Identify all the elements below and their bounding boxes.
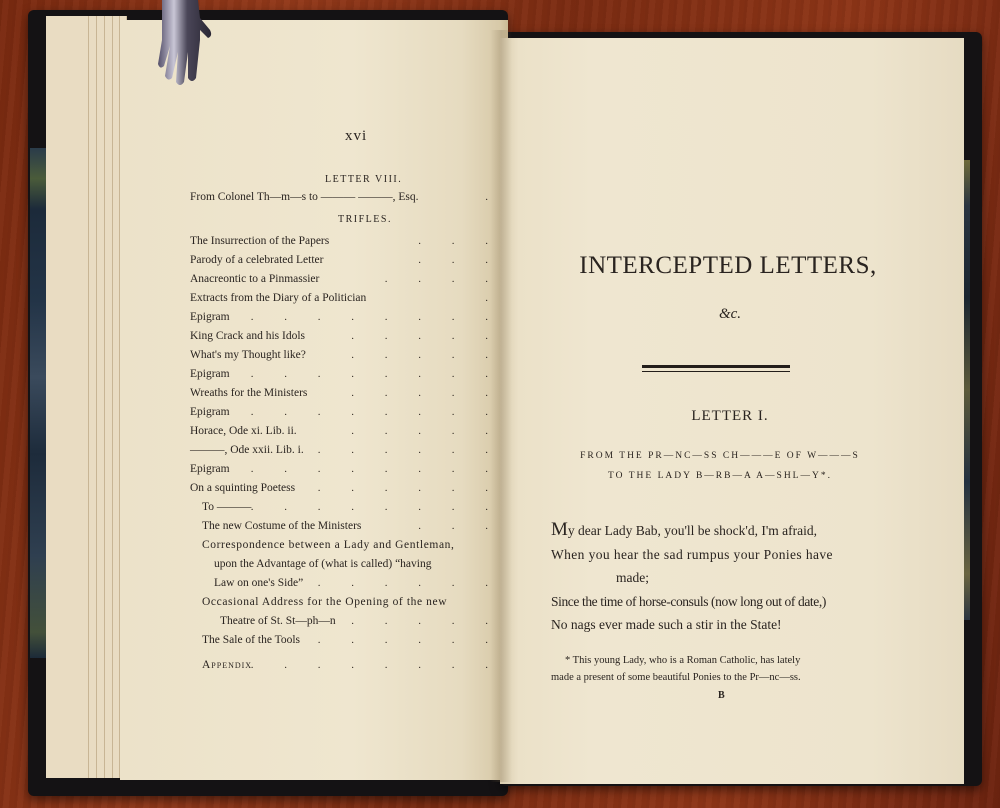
leader-dots: . . . . . bbox=[351, 384, 502, 403]
letter-addressee: From the Pr—nc—ss Ch———e of W———s to the… bbox=[548, 446, 892, 486]
toc-entry[interactable]: Epigram. . . . . . . . bbox=[190, 403, 502, 422]
leader-dots: . . . bbox=[418, 232, 502, 251]
toc-entry[interactable]: What's my Thought like?. . . . . bbox=[190, 346, 502, 365]
leader-dots: . . . . . . . . bbox=[251, 308, 502, 327]
toc-entry-continuation: upon the Advantage of (what is called) “… bbox=[190, 555, 502, 574]
toc-entry[interactable]: Wreaths for the Ministers. . . . . bbox=[190, 384, 502, 403]
leader-dots: . . . . . . . . bbox=[251, 403, 502, 422]
leader-dots: . . . . . . bbox=[318, 479, 502, 498]
verse-line: No nags ever made such a stir in the Sta… bbox=[551, 613, 901, 637]
toc-entry[interactable]: Horace, Ode xi. Lib. ii.. . . . . bbox=[190, 422, 502, 441]
table-of-contents: From Colonel Th—m—s to ——— ———, Esq. . bbox=[190, 188, 502, 207]
leader-dots: . . . . bbox=[385, 270, 502, 289]
toc-entry-continuation: Theatre of St. St—ph—n. . . . . bbox=[190, 612, 502, 631]
leader-dots: . . . . . bbox=[351, 422, 502, 441]
drop-cap: M bbox=[551, 519, 568, 540]
leader-dots: . . . . . . bbox=[318, 631, 502, 650]
toc-entry[interactable]: Parody of a celebrated Letter. . . bbox=[190, 251, 502, 270]
leader-dots: . bbox=[485, 188, 502, 207]
hand-bookmark-icon[interactable] bbox=[150, 0, 216, 88]
verse-line: When you hear the sad rumpus your Ponies… bbox=[551, 543, 901, 567]
toc-entry[interactable]: ———, Ode xxii. Lib. i.. . . . . . bbox=[190, 441, 502, 460]
leader-dots: . . . . . bbox=[351, 612, 502, 631]
toc-entry[interactable]: The Sale of the Tools. . . . . . bbox=[190, 631, 502, 650]
page-edges-stack bbox=[46, 16, 127, 778]
toc-entry[interactable]: Anacreontic to a Pinmassier. . . . bbox=[190, 270, 502, 289]
toc-entry[interactable]: From Colonel Th—m—s to ——— ———, Esq. . bbox=[190, 188, 502, 207]
leader-dots: . . . . . . . . bbox=[251, 460, 502, 479]
toc-entry[interactable]: Extracts from the Diary of a Politician. bbox=[190, 289, 502, 308]
footnote: * This young Lady, who is a Roman Cathol… bbox=[551, 652, 899, 686]
toc-heading-trifles: TRIFLES. bbox=[338, 214, 392, 225]
signature-mark: B bbox=[718, 690, 725, 701]
chapter-title: INTERCEPTED LETTERS, bbox=[548, 252, 908, 280]
leader-dots: . . . . . . bbox=[318, 574, 502, 593]
verse-line: My dear Lady Bab, you'll be shock'd, I'm… bbox=[551, 518, 901, 543]
toc-entry-continuation: Law on one's Side”. . . . . . bbox=[190, 574, 502, 593]
page-number: xvi bbox=[345, 128, 367, 145]
leader-dots: . . . . . bbox=[351, 346, 502, 365]
leader-dots: . bbox=[485, 289, 502, 308]
double-rule-divider bbox=[642, 365, 790, 372]
toc-entry[interactable]: Occasional Address for the Opening of th… bbox=[190, 593, 502, 612]
toc-entry[interactable]: The new Costume of the Ministers. . . bbox=[190, 517, 502, 536]
leader-dots: . . . bbox=[418, 517, 502, 536]
leader-dots: . . . . . . bbox=[318, 441, 502, 460]
leader-dots: . . . . . bbox=[351, 327, 502, 346]
toc-entry[interactable]: Epigram. . . . . . . . bbox=[190, 308, 502, 327]
title-etc: &c. bbox=[700, 306, 760, 323]
toc-entry[interactable]: Epigram. . . . . . . . bbox=[190, 460, 502, 479]
toc-entry[interactable]: King Crack and his Idols. . . . . bbox=[190, 327, 502, 346]
toc-heading-letter-viii: LETTER VIII. bbox=[325, 174, 402, 185]
toc-entry-appendix[interactable]: Appendix. . . . . . . . bbox=[190, 656, 502, 675]
toc-entry[interactable]: The Insurrection of the Papers. . . bbox=[190, 232, 502, 251]
verse-line: Since the time of horse-consuls (now lon… bbox=[551, 590, 901, 614]
leader-dots: . . . . . . . . bbox=[251, 498, 502, 517]
toc-entry[interactable]: Correspondence between a Lady and Gentle… bbox=[190, 536, 502, 555]
leader-dots: . . . . . . . . bbox=[251, 365, 502, 384]
toc-entry[interactable]: To ———. . . . . . . . bbox=[190, 498, 502, 517]
letter-heading: LETTER I. bbox=[620, 408, 840, 425]
verse-line: made; bbox=[551, 566, 901, 590]
leader-dots: . . . . . . . . bbox=[251, 656, 502, 675]
toc-entry[interactable]: On a squinting Poetess. . . . . . bbox=[190, 479, 502, 498]
toc-entry[interactable]: Epigram. . . . . . . . bbox=[190, 365, 502, 384]
toc-trifles-list: The Insurrection of the Papers. . . Paro… bbox=[190, 232, 502, 675]
leader-dots: . . . bbox=[418, 251, 502, 270]
verse-body: My dear Lady Bab, you'll be shock'd, I'm… bbox=[551, 518, 901, 637]
